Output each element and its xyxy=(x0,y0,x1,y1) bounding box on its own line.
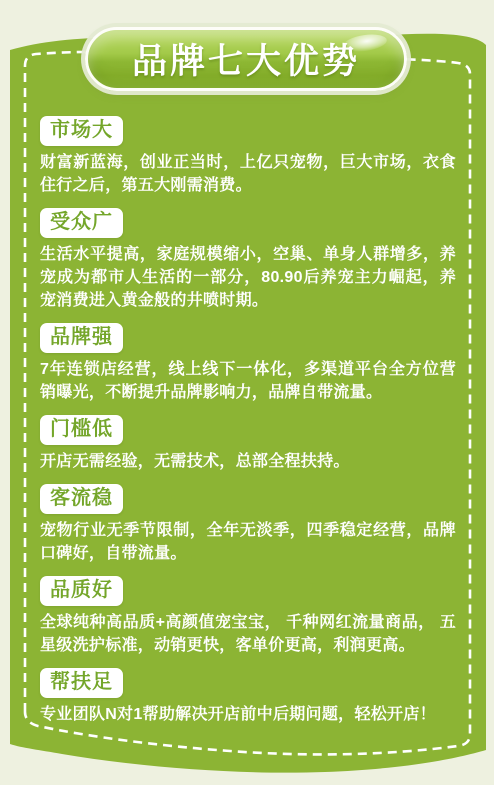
advantage-title: 门槛低 xyxy=(50,418,113,440)
advantage-body: 生活水平提高，家庭规模缩小，空巢、单身人群增多，养宠成为都市人生活的一部分，80… xyxy=(40,243,456,312)
advantage-badge: 品牌强 xyxy=(40,323,123,353)
page-title: 品牌七大优势 xyxy=(132,34,360,84)
advantage-title: 市场大 xyxy=(50,119,113,141)
advantage-badge: 帮扶足 xyxy=(40,668,123,698)
advantage-badge: 客流稳 xyxy=(40,484,123,514)
advantage-badge: 门槛低 xyxy=(40,415,123,445)
advantage-title: 品牌强 xyxy=(50,326,113,348)
advantage-body: 宠物行业无季节限制，全年无淡季，四季稳定经营，品牌口碑好，自带流量。 xyxy=(40,519,456,565)
advantage-body: 财富新蓝海，创业正当时，上亿只宠物，巨大市场，衣食住行之后，第五大刚需消费。 xyxy=(40,151,456,197)
advantage-section: 客流稳 宠物行业无季节限制，全年无淡季，四季稳定经营，品牌口碑好，自带流量。 xyxy=(40,484,456,565)
header-pill: 品牌七大优势 xyxy=(85,27,407,91)
advantage-body: 7年连锁店经营，线上线下一体化，多渠道平台全方位营销曝光，不断提升品牌影响力，品… xyxy=(40,358,456,404)
advantage-section: 市场大 财富新蓝海，创业正当时，上亿只宠物，巨大市场，衣食住行之后，第五大刚需消… xyxy=(40,116,456,197)
advantage-section: 品质好 全球纯种高品质+高颜值宠宝宝， 千种网红流量商品， 五星级洗护标准，动销… xyxy=(40,576,456,657)
advantage-title: 客流稳 xyxy=(50,487,113,509)
advantage-title: 受众广 xyxy=(50,211,113,233)
advantage-title: 帮扶足 xyxy=(50,671,113,693)
advantage-body: 全球纯种高品质+高颜值宠宝宝， 千种网红流量商品， 五星级洗护标准，动销更快，客… xyxy=(40,611,456,657)
advantage-body: 专业团队N对1帮助解决开店前中后期问题，轻松开店！ xyxy=(40,703,456,726)
advantage-body: 开店无需经验，无需技术，总部全程扶持。 xyxy=(40,450,456,473)
promo-page: 品牌七大优势 市场大 财富新蓝海，创业正当时，上亿只宠物，巨大市场，衣食住行之后… xyxy=(0,0,494,785)
advantage-section: 门槛低 开店无需经验，无需技术，总部全程扶持。 xyxy=(40,415,456,473)
advantage-section: 品牌强 7年连锁店经营，线上线下一体化，多渠道平台全方位营销曝光，不断提升品牌影… xyxy=(40,323,456,404)
advantage-badge: 市场大 xyxy=(40,116,123,146)
advantage-title: 品质好 xyxy=(50,579,113,601)
advantages-list: 市场大 财富新蓝海，创业正当时，上亿只宠物，巨大市场，衣食住行之后，第五大刚需消… xyxy=(40,116,456,737)
advantage-badge: 品质好 xyxy=(40,576,123,606)
advantage-section: 受众广 生活水平提高，家庭规模缩小，空巢、单身人群增多，养宠成为都市人生活的一部… xyxy=(40,208,456,312)
advantage-section: 帮扶足 专业团队N对1帮助解决开店前中后期问题，轻松开店！ xyxy=(40,668,456,726)
advantage-badge: 受众广 xyxy=(40,208,123,238)
